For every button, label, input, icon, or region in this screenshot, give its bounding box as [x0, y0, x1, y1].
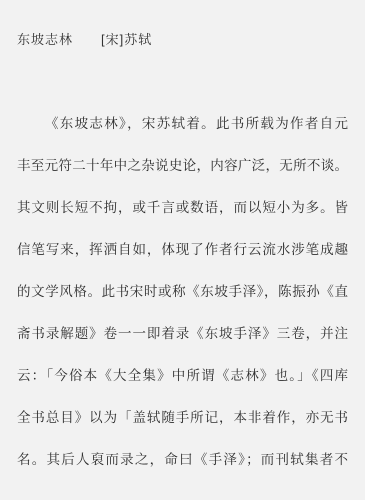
text-line: 名。其后人裒而录之，命曰《手泽》；而刊轼集者不: [17, 439, 348, 481]
text-line: 《东坡志林》，宋苏轼着。此书所载为作者自元: [17, 103, 348, 145]
text-line: 全书总目》以为「盖轼随手所记，本非着作，亦无书: [17, 397, 348, 439]
text-line: 斋书录解题》卷一一即着录《东坡手泽》三卷，并注: [17, 313, 348, 355]
body-text: 《东坡志林》，宋苏轼着。此书所载为作者自元 丰至元符二十年中之杂说史论，内容广泛…: [17, 103, 348, 481]
text-line: 其文则长短不拘，或千言或数语，而以短小为多。皆: [17, 187, 348, 229]
text-line: 信笔写来，挥洒自如，体现了作者行云流水涉笔成趣: [17, 229, 348, 271]
text-line: 丰至元符二十年中之杂说史论，内容广泛，无所不谈。: [17, 145, 348, 187]
ebook-page: 东坡志林[宋]苏轼 《东坡志林》，宋苏轼着。此书所载为作者自元 丰至元符二十年中…: [0, 0, 365, 500]
text-line: 的文学风格。此书宋时或称《东坡手泽》，陈振孙《直: [17, 271, 348, 313]
book-title: 东坡志林: [17, 32, 73, 47]
page-header: 东坡志林[宋]苏轼: [17, 32, 348, 47]
text-line: 云：「今俗本《大全集》中所谓《志林》也。」《四库: [17, 355, 348, 397]
book-author: [宋]苏轼: [101, 32, 152, 47]
